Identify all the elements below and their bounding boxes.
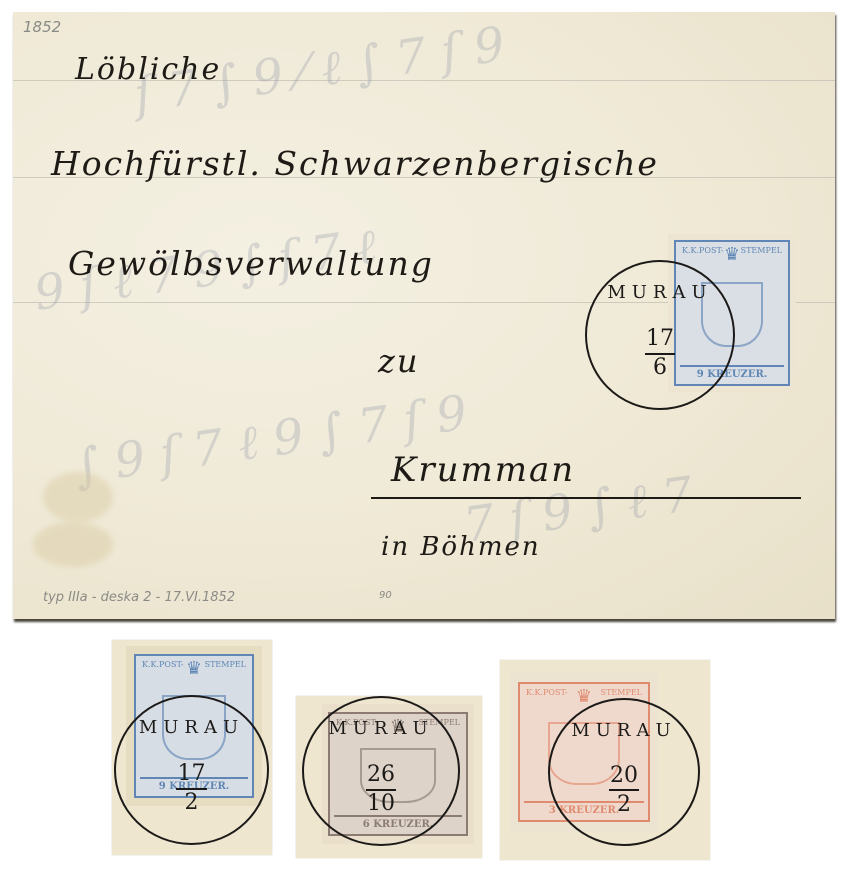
address-underline [371,497,801,499]
postmark-town: MURAU [587,282,733,303]
postmark-month: 10 [304,791,458,816]
stamp-top-left-text: K.K.POST- [142,660,183,669]
postmark-day: 17 [587,326,733,351]
postmark-day: 17 [116,761,267,786]
address-line-6: in Böhmen [381,532,541,562]
stamp-piece-6-kreuzer: K.K.POST- STEMPEL ♛ 6 KREUZER. MURAU 26 … [296,696,482,858]
postmark-murau: MURAU 17 6 [585,260,735,410]
stamp-top-left-text: K.K.POST- [682,246,723,255]
address-line-1: Löbliche [75,52,221,87]
stamp-piece-9-kreuzer: K.K.POST- STEMPEL ♛ 9 KREUZER. MURAU 17 … [112,640,272,855]
postmark-day: 20 [550,763,698,788]
postmark-murau: MURAU 26 10 [302,696,460,846]
stamp-piece-3-kreuzer: K.K.POST- STEMPEL ♛ 3 KREUZER. MURAU 20 … [500,660,710,860]
postmark-month: 6 [587,355,733,380]
paper-stain [33,522,113,567]
paper-stain [43,472,113,522]
pencil-catalogue-note: typ IIIa - deska 2 - 17.VI.1852 [43,590,235,605]
address-line-4: zu [378,342,419,380]
postmark-day: 26 [304,762,458,787]
postmark-town: MURAU [116,717,267,738]
postmark-murau: MURAU 17 2 [114,695,269,845]
postmark-month: 2 [550,792,698,817]
stamp-top-left-text: K.K.POST- [526,688,567,697]
pencil-year: 1852 [23,18,61,36]
postmark-month: 2 [116,790,267,815]
stamp-top-right-text: STEMPEL [205,660,246,669]
address-line-3: Gewölbsverwaltung [68,244,434,283]
postmark-town: MURAU [304,718,458,739]
postal-cover: ſ 7 ∫ 9 ⁄ ℓ ∫ 7 ſ 9 9 ſ ℓ 7 9 ∫ ſ 7 ℓ ∫ … [13,12,835,619]
address-line-2: Hochfürstl. Schwarzenbergische [51,144,659,183]
stamp-top-right-text: STEMPEL [741,246,782,255]
stamp-top-right-text: STEMPEL [601,688,642,697]
postmark-murau: MURAU 20 2 [548,698,700,846]
crown-icon: ♛ [576,686,592,707]
address-line-5: Krumman [391,450,575,490]
pencil-note-suffix: 90 [379,590,392,601]
crown-icon: ♛ [186,658,202,679]
postmark-town: MURAU [550,720,698,741]
crown-icon: ♛ [724,244,740,265]
